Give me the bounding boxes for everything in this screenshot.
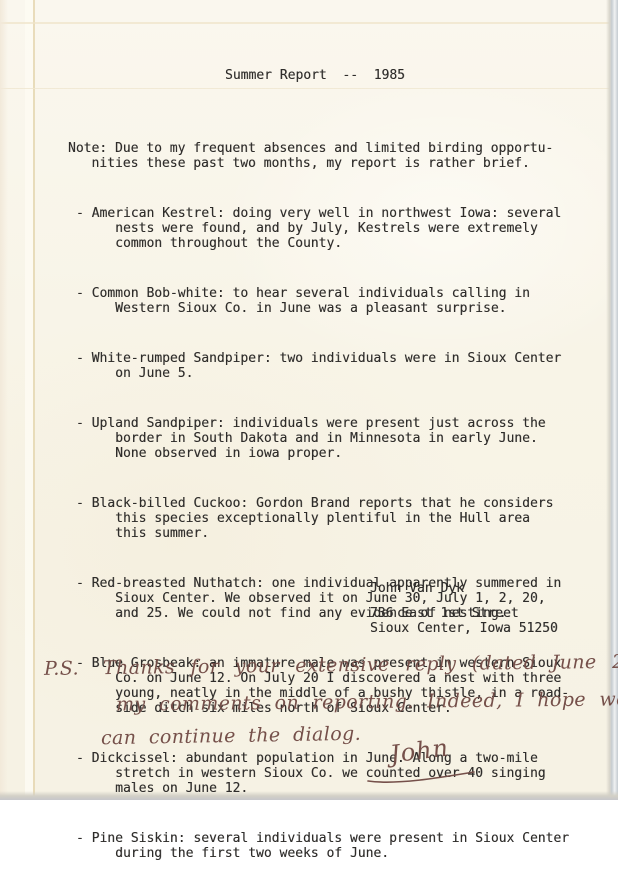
species-entry-dickcissel: - Dickcissel: abundant population in Jun… [76,751,573,796]
report-title: Summer Report -- 1985 [225,68,405,83]
note-paragraph: Note: Due to my frequent absences and li… [68,141,573,171]
ps-label: P.S. [44,657,79,679]
right-page-edge-shadow [606,0,618,800]
left-page-edge [0,0,8,800]
vertical-fold-highlight [25,0,33,800]
species-entry-american-kestrel: - American Kestrel: doing very well in n… [76,206,573,251]
ps-line-3: can continue the dialog. [101,723,361,750]
species-entry-common-bob-white: - Common Bob-white: to hear several indi… [76,286,573,316]
signature-flourish-icon [366,769,478,785]
species-entry-upland-sandpiper: - Upland Sandpiper: individuals were pre… [76,416,573,461]
title-fold-line [0,88,618,89]
signature-name: John Van Dyk [370,581,464,596]
species-entry-white-rumped-sandpiper: - White-rumped Sandpiper: two individual… [76,351,573,381]
vertical-fold-line [33,0,35,800]
species-entry-black-billed-cuckoo: - Black-billed Cuckoo: Gordon Brand repo… [76,496,573,541]
top-fold-line [0,22,618,24]
signature-address: 736 East 1st Street Sioux Center, Iowa 5… [370,606,558,636]
scanned-letter-page: Summer Report -- 1985 Note: Due to my fr… [0,0,618,800]
